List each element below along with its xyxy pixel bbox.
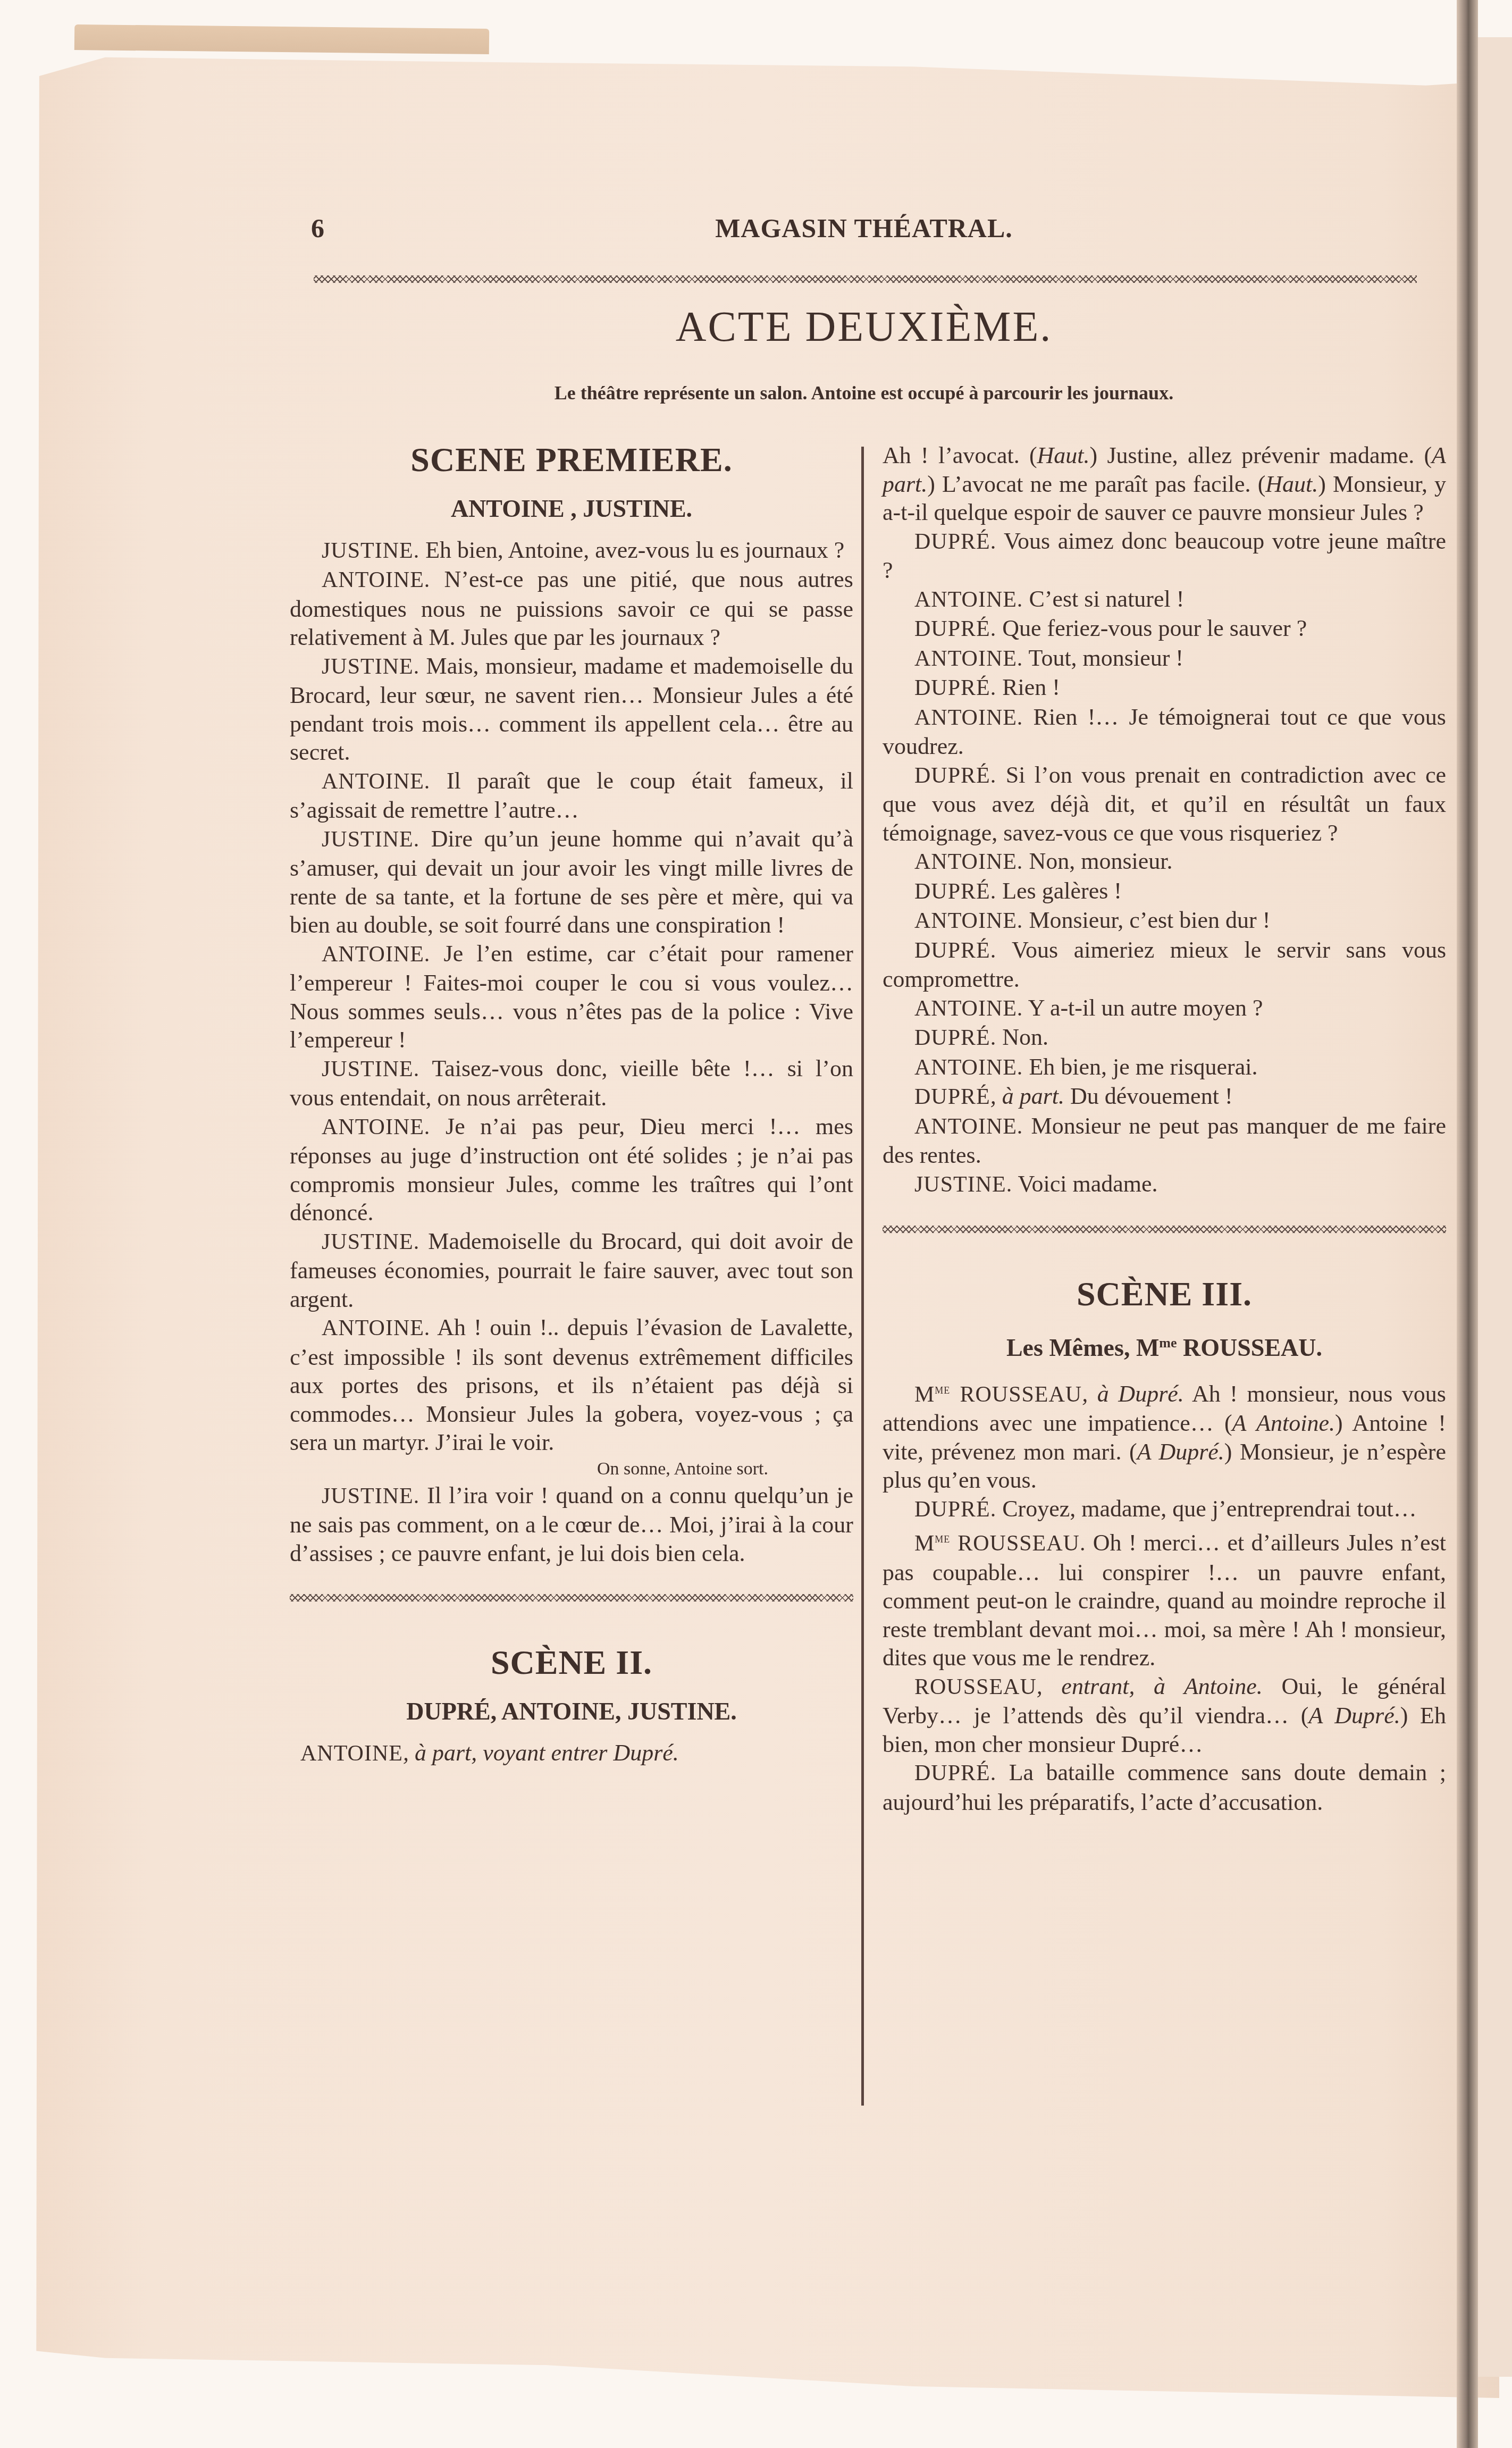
dialogue-line: ANTOINE, à part, voyant entrer Dupré. bbox=[290, 1739, 853, 1768]
speaker-name: JUSTINE. bbox=[322, 827, 419, 852]
speaker-name: ANTOINE. bbox=[322, 568, 430, 592]
scene-3-cast: Les Mêmes, Mme ROUSSEAU. bbox=[883, 1329, 1446, 1362]
dialogue-line: ANTOINE. Non, monsieur. bbox=[883, 847, 1446, 877]
speaker-name: ANTOINE. bbox=[914, 996, 1023, 1021]
speaker-name: ANTOINE bbox=[300, 1741, 403, 1766]
dialogue-text: Rien ! bbox=[996, 674, 1060, 700]
speaker-name: Mme ROUSSEAU bbox=[914, 1382, 1082, 1407]
scene-1-cast: ANTOINE , JUSTINE. bbox=[290, 494, 853, 523]
stage-direction: , à part. bbox=[990, 1083, 1064, 1109]
speaker-name: ROUSSEAU bbox=[914, 1675, 1037, 1699]
cast-superscript: me bbox=[1159, 1335, 1177, 1351]
speaker-name: ANTOINE. bbox=[322, 1316, 430, 1340]
scene-2-title: SCÈNE II. bbox=[290, 1639, 853, 1687]
dialogue-text: Du dévouement ! bbox=[1064, 1083, 1232, 1109]
speaker-name: ANTOINE. bbox=[322, 769, 430, 794]
dialogue-text: Non, monsieur. bbox=[1023, 848, 1172, 874]
speaker-name: DUPRÉ bbox=[914, 1085, 990, 1109]
column-divider bbox=[861, 447, 864, 2106]
dialogue-text: Eh bien, Antoine, avez-vous lu es journa… bbox=[419, 537, 844, 563]
speaker-name: ANTOINE. bbox=[914, 706, 1023, 730]
dialogue-line: DUPRÉ. Croyez, madame, que j’entreprendr… bbox=[883, 1495, 1446, 1524]
dialogue-line: ANTOINE. Monsieur ne peut pas manquer de… bbox=[883, 1112, 1446, 1170]
speaker-name: DUPRÉ. bbox=[914, 938, 996, 963]
speaker-name: DUPRÉ. bbox=[914, 1026, 996, 1050]
stage-direction: , à Dupré. bbox=[1082, 1381, 1184, 1407]
dialogue-line: ANTOINE. Y a-t-il un autre moyen ? bbox=[883, 994, 1446, 1024]
dialogue-line: ANTOINE. C’est si naturel ! bbox=[883, 585, 1446, 615]
scene-2-dialogue: DUPRÉ. Vous aimez donc beaucoup votre je… bbox=[883, 527, 1446, 1200]
speaker-name: JUSTINE. bbox=[322, 1230, 419, 1254]
wavy-rule bbox=[883, 1226, 1446, 1233]
dialogue-text: Les galères ! bbox=[996, 878, 1122, 904]
act-stage-direction: Le théâtre représente un salon. Antoine … bbox=[311, 382, 1417, 404]
cast-text: Les Mêmes, M bbox=[1006, 1334, 1159, 1361]
scene-1-stage-direction: On sonne, Antoine sort. bbox=[290, 1457, 853, 1481]
speaker-name: ANTOINE. bbox=[914, 850, 1023, 874]
speaker-name: DUPRÉ. bbox=[914, 617, 996, 641]
dialogue-line: JUSTINE. Mademoiselle du Brocard, qui do… bbox=[290, 1227, 853, 1314]
speaker-name: ANTOINE. bbox=[914, 588, 1023, 612]
dialogue-line: JUSTINE. Voici madame. bbox=[883, 1170, 1446, 1200]
dialogue-line: DUPRÉ. La bataille commence sans doute d… bbox=[883, 1758, 1446, 1816]
dialogue-text: Eh bien, je me risquerai. bbox=[1023, 1054, 1257, 1080]
dialogue-line: JUSTINE. Mais, monsieur, madame et madem… bbox=[290, 652, 853, 767]
dialogue-text: ) L’avocat ne me paraît pas facile. ( bbox=[927, 471, 1265, 497]
speaker-name: DUPRÉ. bbox=[914, 1497, 996, 1522]
dialogue-line: ANTOINE. Je l’en estime, car c’était pou… bbox=[290, 940, 853, 1054]
dialogue-text: Y a-t-il un autre moyen ? bbox=[1023, 995, 1263, 1021]
dialogue-text: Que feriez-vous pour le sauver ? bbox=[996, 615, 1307, 641]
adjacent-page-edge bbox=[1478, 37, 1512, 2377]
stage-direction: , entrant, à Antoine. bbox=[1037, 1673, 1263, 1699]
dialogue-text: ) Justine, allez prévenir madame. ( bbox=[1090, 442, 1432, 468]
stage-direction: Haut. bbox=[1265, 471, 1318, 497]
dialogue-text: Tout, monsieur ! bbox=[1023, 645, 1183, 671]
left-column: SCENE PREMIERE. ANTOINE , JUSTINE. JUSTI… bbox=[290, 436, 853, 1768]
dialogue-text: Non. bbox=[996, 1024, 1048, 1050]
page-header: 6 MAGASIN THÉATRAL. bbox=[311, 213, 1417, 250]
speaker-name: ANTOINE. bbox=[914, 1114, 1023, 1139]
speaker-name: DUPRÉ. bbox=[914, 676, 996, 700]
speaker-name: DUPRÉ. bbox=[914, 1761, 996, 1785]
dialogue-line: DUPRÉ. Vous aimeriez mieux le servir san… bbox=[883, 936, 1446, 994]
dialogue-text: Voici madame. bbox=[1012, 1171, 1157, 1197]
page-fold-edge bbox=[74, 24, 489, 54]
speaker-name: ANTOINE. bbox=[322, 1115, 430, 1139]
dialogue-line: ANTOINE. Tout, monsieur ! bbox=[883, 644, 1446, 674]
stage-direction: , à part, voyant entrer Dupré. bbox=[403, 1740, 679, 1766]
dialogue-line: JUSTINE. Taisez-vous donc, vieille bête … bbox=[290, 1054, 853, 1112]
dialogue-line: ANTOINE. Il paraît que le coup était fam… bbox=[290, 767, 853, 825]
speaker-name: Mme ROUSSEAU. bbox=[914, 1531, 1086, 1556]
dialogue-line: ANTOINE. N’est-ce pas une pitié, que nou… bbox=[290, 565, 853, 652]
speaker-name: JUSTINE. bbox=[322, 655, 419, 679]
book-gutter bbox=[1457, 0, 1478, 2448]
speaker-name: ANTOINE. bbox=[914, 647, 1023, 671]
dialogue-line: ANTOINE. Eh bien, je me risquerai. bbox=[883, 1053, 1446, 1083]
stage-direction: A Dupré. bbox=[1137, 1439, 1224, 1465]
dialogue-line: ROUSSEAU, entrant, à Antoine. Oui, le gé… bbox=[883, 1672, 1446, 1759]
dialogue-line: JUSTINE. Eh bien, Antoine, avez-vous lu … bbox=[290, 536, 853, 566]
speaker-superscript: me bbox=[935, 1381, 950, 1397]
dialogue-text: C’est si naturel ! bbox=[1023, 586, 1184, 612]
dialogue-line: ANTOINE. Je n’ai pas peur, Dieu merci !…… bbox=[290, 1112, 853, 1227]
stage-direction: Haut. bbox=[1037, 442, 1090, 468]
running-title: MAGASIN THÉATRAL. bbox=[311, 213, 1417, 244]
speaker-name: DUPRÉ. bbox=[914, 764, 996, 788]
dialogue-line: JUSTINE. Dire qu’un jeune homme qui n’av… bbox=[290, 825, 853, 940]
dialogue-line: Mme ROUSSEAU. Oh ! merci… et d’ailleurs … bbox=[883, 1524, 1446, 1672]
dialogue-line: DUPRÉ. Les galères ! bbox=[883, 877, 1446, 907]
act-title: ACTE DEUXIÈME. bbox=[311, 303, 1417, 351]
dialogue-line: ANTOINE. Monsieur, c’est bien dur ! bbox=[883, 906, 1446, 936]
dialogue-text: Monsieur, c’est bien dur ! bbox=[1023, 907, 1270, 933]
speaker-name: ANTOINE. bbox=[914, 909, 1023, 933]
speaker-name: DUPRÉ. bbox=[914, 879, 996, 904]
scene-1-dialogue: JUSTINE. Eh bien, Antoine, avez-vous lu … bbox=[290, 536, 853, 1457]
scene-1-title: SCENE PREMIERE. bbox=[290, 436, 853, 484]
dialogue-line: DUPRÉ. Non. bbox=[883, 1023, 1446, 1053]
speaker-name: DUPRÉ. bbox=[914, 530, 996, 554]
speaker-name: JUSTINE. bbox=[322, 1484, 419, 1508]
dialogue-text: Croyez, madame, que j’entreprendrai tout… bbox=[996, 1496, 1416, 1522]
speaker-name: JUSTINE. bbox=[322, 1057, 419, 1082]
dialogue-continuation: Ah ! l’avocat. (Haut.) Justine, allez pr… bbox=[883, 441, 1446, 527]
speaker-name: ANTOINE. bbox=[322, 942, 430, 967]
scene-3-title: SCÈNE III. bbox=[883, 1270, 1446, 1318]
dialogue-line: DUPRÉ. Rien ! bbox=[883, 673, 1446, 703]
stage-direction: A Dupré. bbox=[1308, 1703, 1400, 1729]
speaker-name: JUSTINE. bbox=[914, 1172, 1012, 1197]
dialogue-line: DUPRÉ. Si l’on vous prenait en contradic… bbox=[883, 761, 1446, 848]
dialogue-line: DUPRÉ. Vous aimez donc beaucoup votre je… bbox=[883, 527, 1446, 585]
scene-separator bbox=[290, 1594, 853, 1602]
dialogue-line: Mme ROUSSEAU, à Dupré. Ah ! monsieur, no… bbox=[883, 1375, 1446, 1495]
speaker-name: JUSTINE. bbox=[322, 539, 419, 563]
wavy-rule bbox=[290, 1594, 853, 1602]
right-column: Ah ! l’avocat. (Haut.) Justine, allez pr… bbox=[883, 441, 1446, 1816]
dialogue-text: Ah ! l’avocat. ( bbox=[883, 442, 1037, 468]
header-rule bbox=[314, 275, 1417, 283]
dialogue-line: JUSTINE. Il l’ira voir ! quand on a conn… bbox=[290, 1481, 853, 1568]
scene-2-cast: DUPRÉ, ANTOINE, JUSTINE. bbox=[290, 1697, 853, 1726]
stage-direction: A Antoine. bbox=[1232, 1410, 1335, 1436]
cast-text: ROUSSEAU. bbox=[1177, 1334, 1323, 1361]
dialogue-line: ANTOINE. Ah ! ouin !.. depuis l’évasion … bbox=[290, 1313, 853, 1457]
speaker-superscript: me bbox=[935, 1530, 950, 1546]
scene-separator bbox=[883, 1226, 1446, 1233]
dialogue-line: DUPRÉ, à part. Du dévouement ! bbox=[883, 1082, 1446, 1112]
speaker-name: ANTOINE. bbox=[914, 1055, 1023, 1080]
dialogue-line: DUPRÉ. Que feriez-vous pour le sauver ? bbox=[883, 614, 1446, 644]
dialogue-line: ANTOINE. Rien !… Je témoignerai tout ce … bbox=[883, 703, 1446, 761]
scene-3-dialogue: Mme ROUSSEAU, à Dupré. Ah ! monsieur, no… bbox=[883, 1375, 1446, 1817]
